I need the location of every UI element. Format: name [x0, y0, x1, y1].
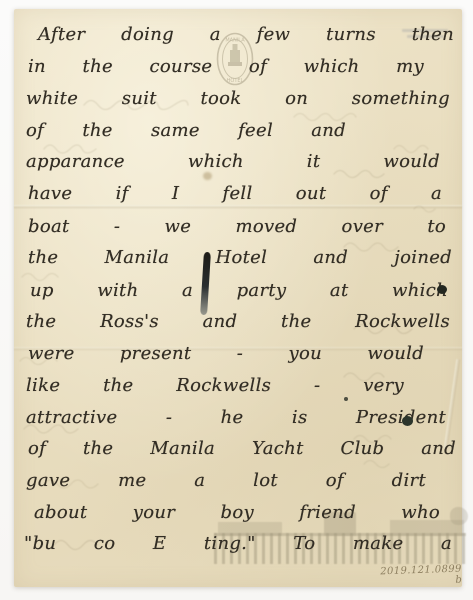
handwriting-line: in the course of which my	[28, 52, 424, 84]
handwriting-line: were present - you would	[28, 339, 424, 371]
ink-blot	[402, 416, 413, 426]
handwriting-line: white suit took on something	[26, 84, 450, 116]
letter-page: MANILA HOTEL After doing a few turns the…	[14, 9, 462, 587]
handwriting-line: boat - we moved over to	[28, 212, 446, 244]
handwriting-line: about your boy friend who	[34, 498, 440, 530]
handwriting-line: apparance which it would	[26, 147, 440, 179]
handwriting-line: the Ross's and the Rockwells	[26, 307, 450, 339]
accession-number: 2019.121.0899 b	[376, 564, 463, 589]
handwriting-line: attractive - he is President	[26, 403, 446, 435]
handwriting-line: "bu co E ting." To make a	[24, 529, 452, 561]
handwriting-line: up with a party at which	[30, 276, 448, 308]
ink-blot	[437, 285, 447, 294]
handwriting-line: of the same feel and	[26, 116, 346, 148]
handwriting-line: have if I fell out of a	[28, 179, 442, 211]
handwriting-line: of the Manila Yacht Club and	[28, 434, 456, 466]
ink-blot	[344, 397, 348, 401]
handwriting-line: After doing a few turns then	[38, 20, 454, 52]
handwriting-line: the Manila Hotel and joined	[28, 243, 452, 275]
handwriting-line: gave me a lot of dirt	[26, 466, 426, 498]
